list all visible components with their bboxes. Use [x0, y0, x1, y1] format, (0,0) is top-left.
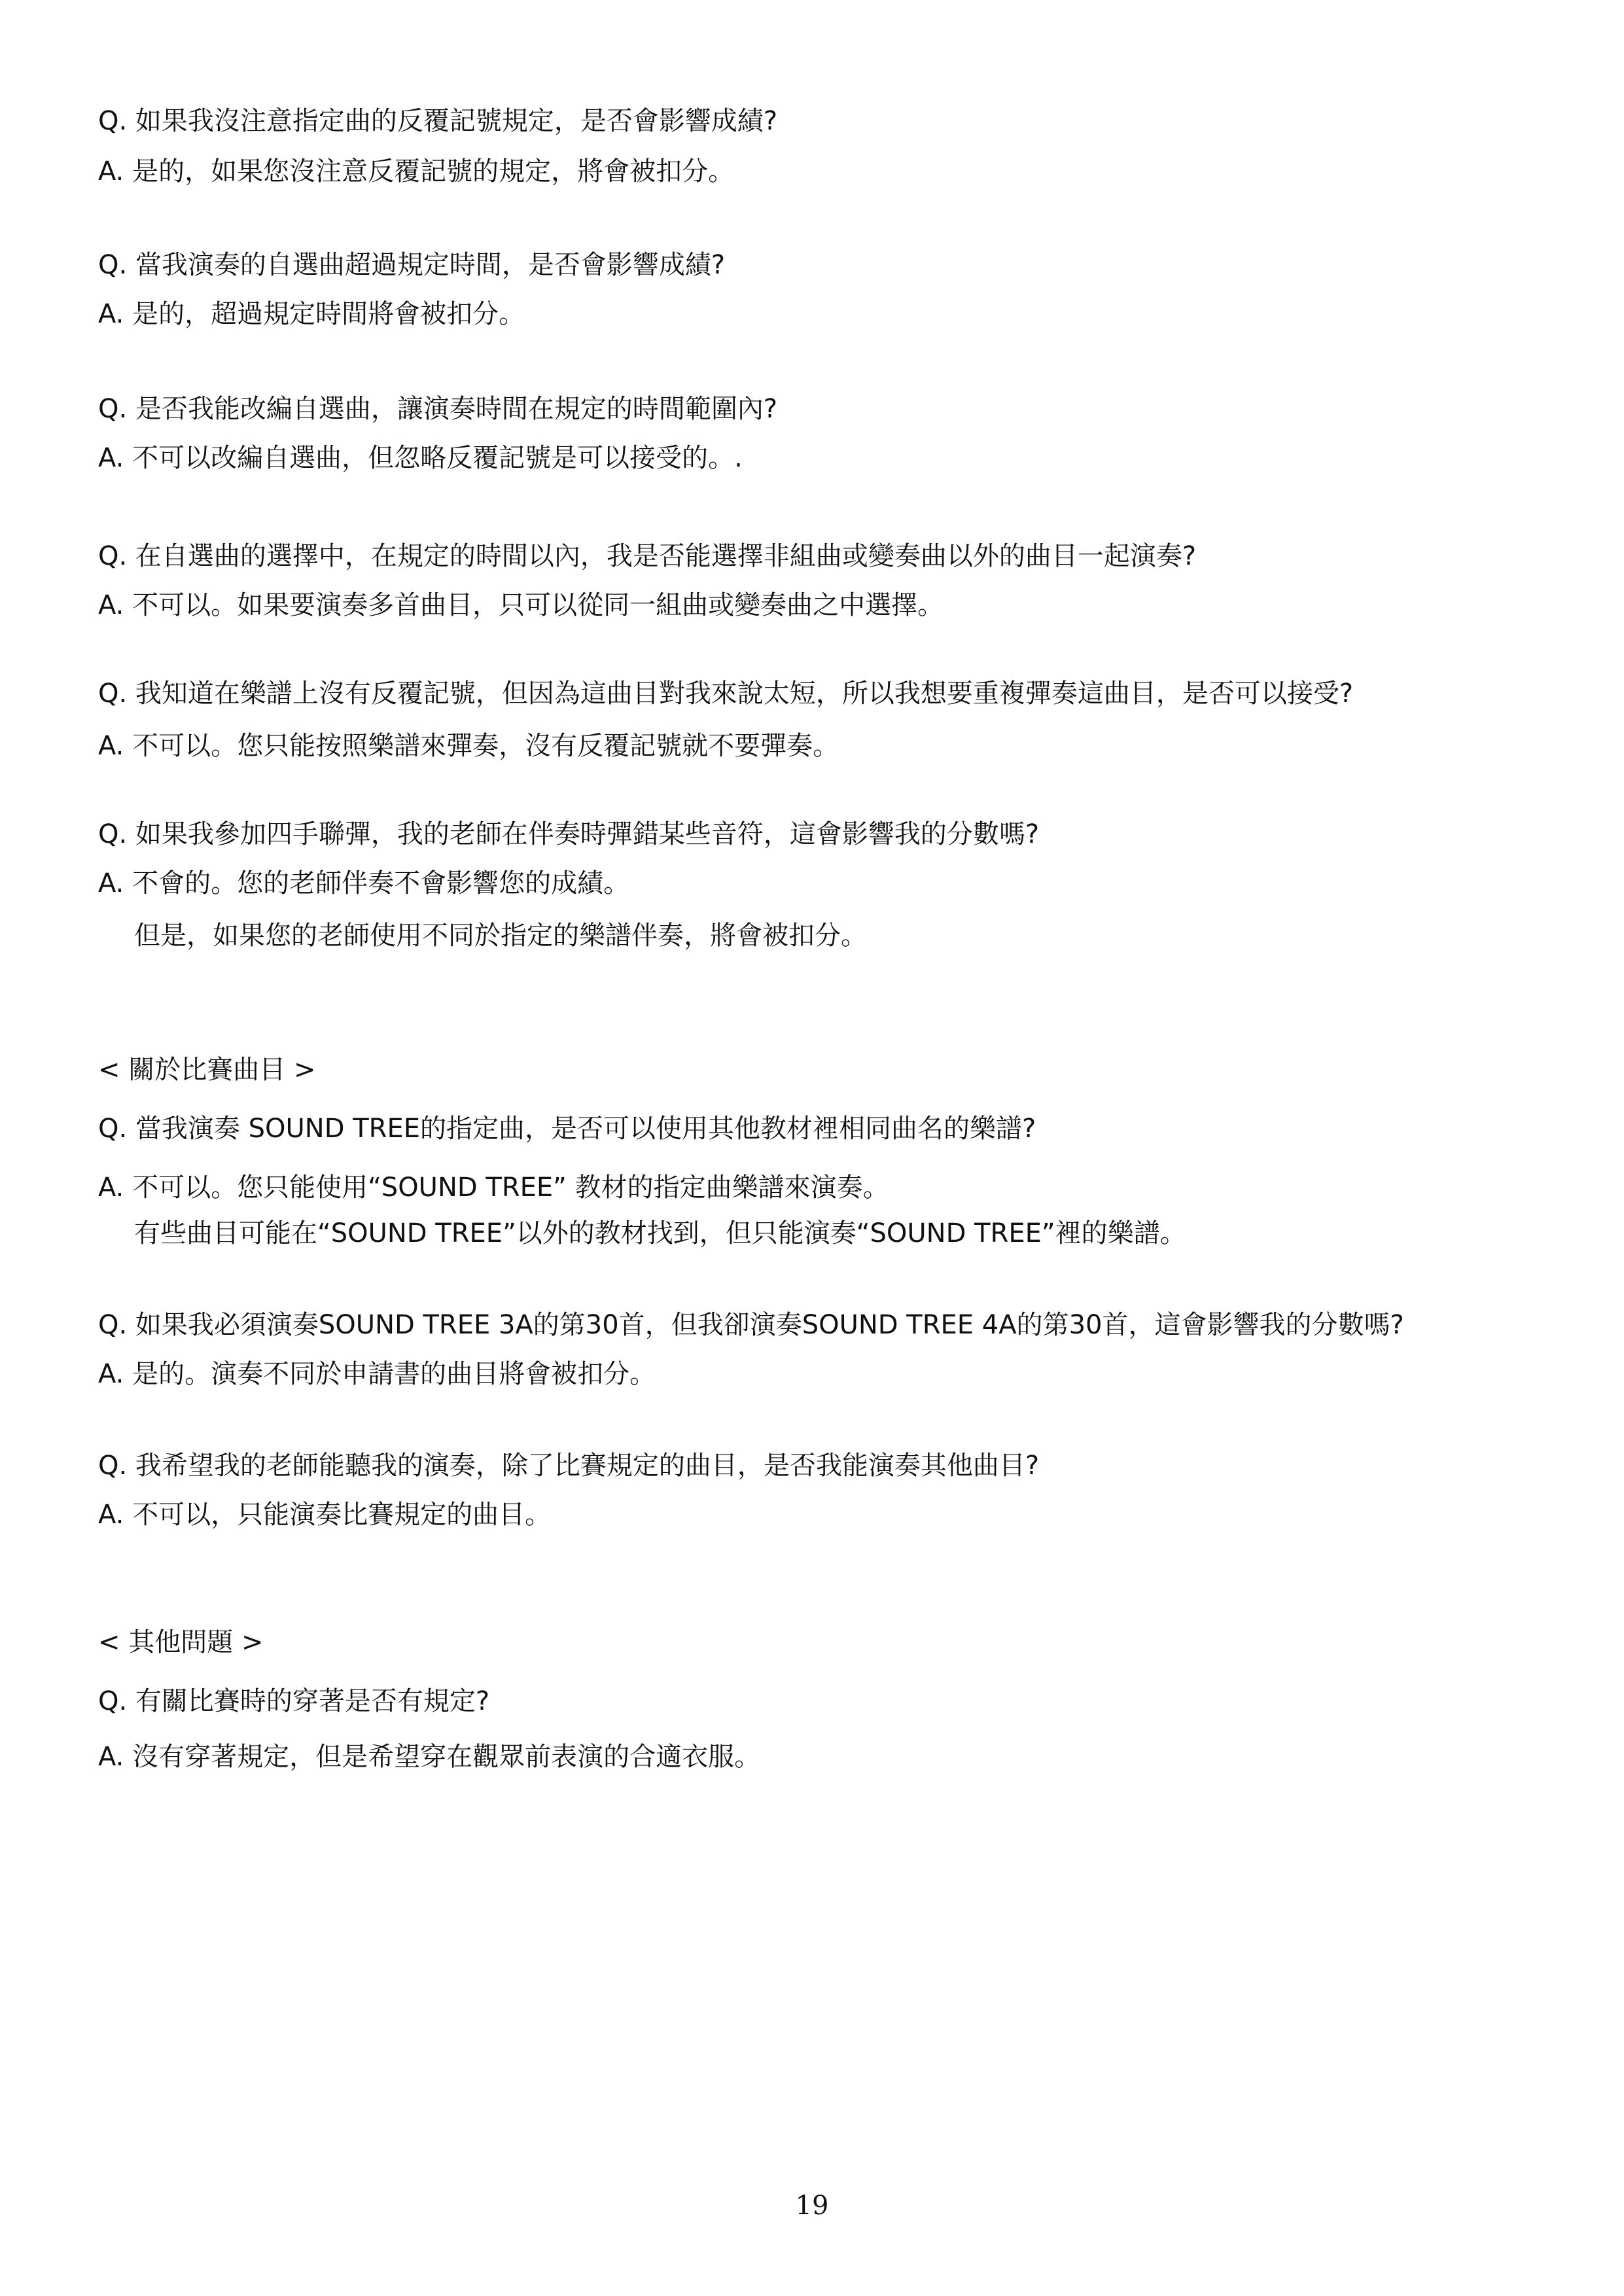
- section-heading-repertoire: < 關於比賽曲目 >: [98, 1051, 315, 1088]
- answer-4: A. 不可以。如果要演奏多首曲目，只可以從同一組曲或變奏曲之中選擇。: [98, 587, 944, 624]
- document-page: Q. 如果我沒注意指定曲的反覆記號規定，是否會影響成績? A. 是的，如果您沒注…: [0, 0, 1624, 2296]
- question-10: Q. 有關比賽時的穿著是否有規定?: [98, 1683, 489, 1720]
- question-7: Q. 當我演奏 SOUND TREE的指定曲，是否可以使用其他教材裡相同曲名的樂…: [98, 1110, 1036, 1147]
- answer-6: A. 不會的。您的老師伴奏不會影響您的成績。: [98, 865, 629, 902]
- question-5: Q. 我知道在樂譜上沒有反覆記號，但因為這曲目對我來說太短，所以我想要重複彈奏這…: [98, 675, 1353, 712]
- page-number: 19: [0, 2187, 1624, 2224]
- answer-3: A. 不可以改編自選曲，但忽略反覆記號是可以接受的。.: [98, 440, 743, 476]
- section-heading-other: < 其他問題 >: [98, 1624, 263, 1661]
- answer-6-continued: 但是，如果您的老師使用不同於指定的樂譜伴奏，將會被扣分。: [134, 917, 867, 954]
- answer-2: A. 是的，超過規定時間將會被扣分。: [98, 296, 525, 332]
- question-1: Q. 如果我沒注意指定曲的反覆記號規定，是否會影響成績?: [98, 103, 777, 139]
- answer-9: A. 不可以，只能演奏比賽規定的曲目。: [98, 1496, 551, 1533]
- question-6: Q. 如果我參加四手聯彈，我的老師在伴奏時彈錯某些音符，這會影響我的分數嗎?: [98, 816, 1039, 853]
- question-3: Q. 是否我能改編自選曲，讓演奏時間在規定的時間範圍內?: [98, 391, 777, 427]
- question-9: Q. 我希望我的老師能聽我的演奏，除了比賽規定的曲目，是否我能演奏其他曲目?: [98, 1447, 1039, 1484]
- answer-1: A. 是的，如果您沒注意反覆記號的規定，將會被扣分。: [98, 153, 734, 190]
- answer-10: A. 沒有穿著規定，但是希望穿在觀眾前表演的合適衣服。: [98, 1739, 760, 1775]
- question-8: Q. 如果我必須演奏SOUND TREE 3A的第30首，但我卻演奏SOUND …: [98, 1307, 1404, 1343]
- answer-7: A. 不可以。您只能使用“SOUND TREE” 教材的指定曲樂譜來演奏。: [98, 1169, 889, 1206]
- answer-8: A. 是的。演奏不同於申請書的曲目將會被扣分。: [98, 1356, 656, 1392]
- question-2: Q. 當我演奏的自選曲超過規定時間，是否會影響成績?: [98, 247, 725, 283]
- answer-7-continued: 有些曲目可能在“SOUND TREE”以外的教材找到，但只能演奏“SOUND T…: [134, 1215, 1186, 1252]
- answer-5: A. 不可以。您只能按照樂譜來彈奏，沒有反覆記號就不要彈奏。: [98, 728, 839, 764]
- question-4: Q. 在自選曲的選擇中，在規定的時間以內，我是否能選擇非組曲或變奏曲以外的曲目一…: [98, 538, 1196, 574]
